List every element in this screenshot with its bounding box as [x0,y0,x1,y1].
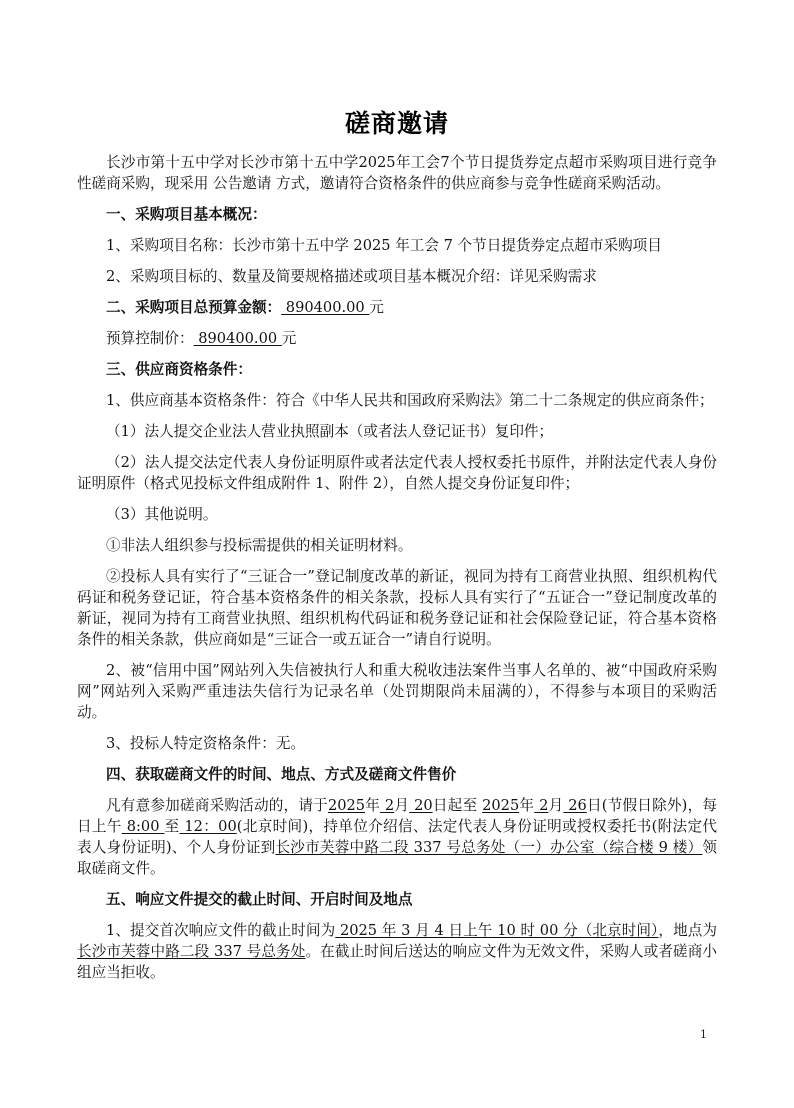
submission-deadline-paragraph: 1、提交首次响应文件的截止时间为 2025 年 3 月 4 日上午 10 时 0… [77,920,717,983]
intro-paragraph: 长沙市第十五中学对长沙市第十五中学2025年工会7个节日提货券定点超市采购项目进… [77,152,717,194]
section2-heading: 二、采购项目总预算金额： 890400.00 元 [77,297,717,318]
qualification-sub1: （1）法人提交企业法人营业执照副本（或者法人登记证书）复印件； [77,421,717,442]
section3-heading: 三、供应商资格条件： [77,359,717,380]
document-title: 磋商邀请 [0,104,794,140]
submission-deadline: 2025 年 3 月 4 日上午 10 时 00 分（北京时间） [335,922,658,939]
qualification-sub2: （2）法人提交法定代表人身份证明原件或者法定代表人授权委托书原件，并附法定代表人… [77,452,717,494]
project-name: 1、采购项目名称：长沙市第十五中学 2025 年工会 7 个节日提货券定点超市采… [77,235,717,256]
page-number: 1 [700,1028,707,1041]
section4-heading: 四、获取磋商文件的时间、地点、方式及磋商文件售价 [77,764,717,785]
specific-qualification: 3、投标人特定资格条件：无。 [77,733,717,754]
intro-text-end: 方式，邀请符合资格条件的供应商参与竞争性磋商采购活动。 [276,175,670,192]
start-year: 2025 [328,797,365,814]
qualification-note2: ②投标人具有实行了“三证合一”登记制度改革的新证，视同为持有工商营业执照、组织机… [77,566,717,650]
procurement-method: 公告邀请 [208,175,276,192]
control-price: 预算控制价： 890400.00 元 [77,328,717,349]
control-price-label: 预算控制价： [106,330,194,347]
time-end: 12：00 [179,818,236,835]
text: 1、提交首次响应文件的截止时间为 [106,922,335,939]
obtain-documents-paragraph: 凡有意参加磋商采购活动的，请于2025年 2月 20日起至 2025年 2月 2… [77,795,717,879]
text: 日起至 [433,797,482,814]
start-day: 20 [409,797,432,814]
text: ，地点为 [658,922,717,939]
submission-location: 长沙市芙蓉中路二段 337 号总务处 [77,943,305,960]
budget-label: 二、采购项目总预算金额： [106,299,281,316]
budget-value: 890400.00 [281,299,369,316]
project-overview: 2、采购项目标的、数量及简要规格描述或项目基本概况介绍：详见采购需求 [77,266,717,287]
qualification-sub3: （3）其他说明。 [77,504,717,525]
text: 月 [394,797,409,814]
basic-qualification: 1、供应商基本资格条件：符合《中华人民共和国政府采购法》第二十二条规定的供应商条… [77,390,717,411]
qualification-note1: ①非法人组织参与投标需提供的相关证明材料。 [77,535,717,556]
section1-heading: 一、采购项目基本概况： [77,204,717,225]
text: 凡有意参加磋商采购活动的，请于 [106,797,328,814]
end-month: 2 [534,797,548,814]
document-page: 磋商邀请 长沙市第十五中学对长沙市第十五中学2025年工会7个节日提货券定点超市… [0,0,794,1108]
control-price-value: 890400.00 [194,330,282,347]
end-day: 26 [563,797,586,814]
text: 月 [548,797,563,814]
control-price-unit: 元 [282,330,297,347]
text: 年 [365,797,380,814]
end-year: 2025 [482,797,519,814]
text: 至 [164,818,179,835]
credit-restriction: 2、被“信用中国”网站列入失信被执行人和重大税收违法案件当事人名单的、被“中国政… [77,660,717,723]
text: 年 [519,797,534,814]
pickup-location: 长沙市芙蓉中路二段 337 号总务处（一）办公室（综合楼 9 楼） [275,839,702,856]
time-start: 8:00 [122,818,165,835]
budget-unit: 元 [369,299,384,316]
document-body: 长沙市第十五中学对长沙市第十五中学2025年工会7个节日提货券定点超市采购项目进… [77,152,717,983]
start-month: 2 [380,797,394,814]
section5-heading: 五、响应文件提交的截止时间、开启时间及地点 [77,889,717,910]
